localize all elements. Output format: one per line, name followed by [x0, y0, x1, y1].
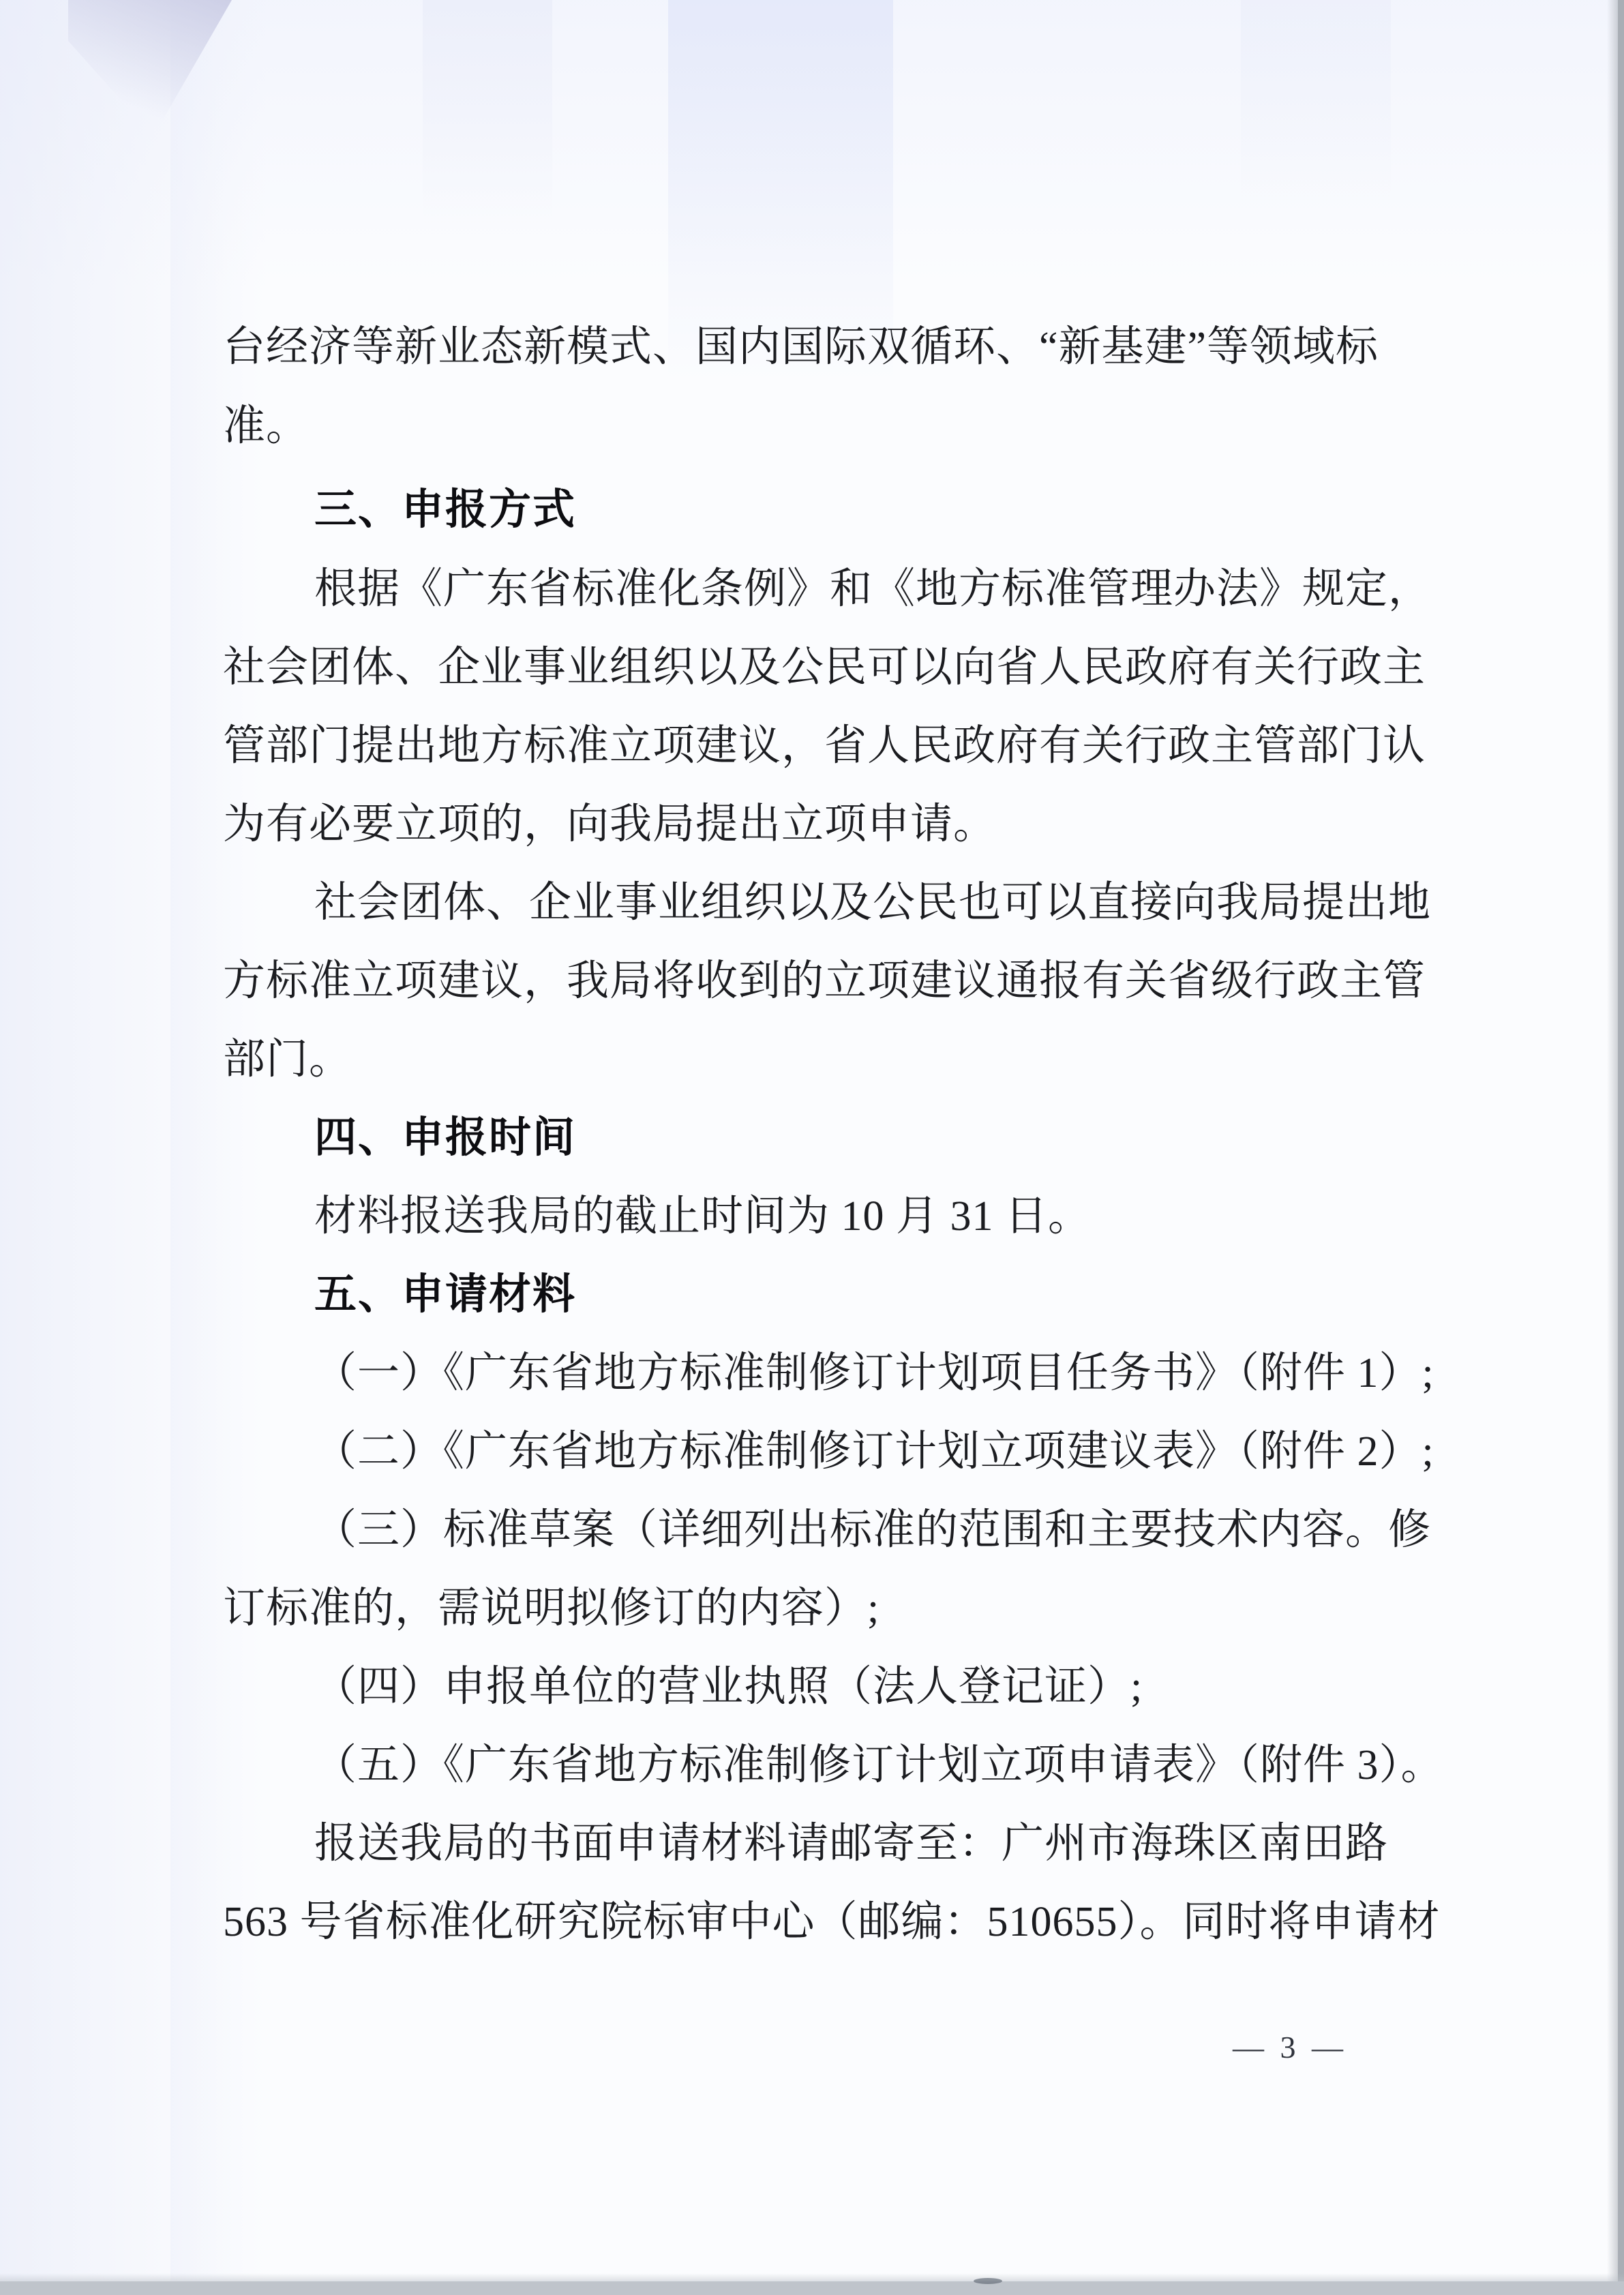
text-line: 订标准的，需说明拟修订的内容）;: [223, 1587, 879, 1630]
text-line: 材料报送我局的截止时间为 10 月 31 日。: [314, 1195, 1091, 1237]
text-line: （五）《广东省地方标准制修订计划立项申请表》（附件 3）。: [314, 1744, 1444, 1786]
text-line: 563 号省标准化研究院标审中心（邮编：510655）。同时将申请材: [223, 1901, 1441, 1943]
text-line: 管部门提出地方标准立项建议，省人民政府有关行政主管部门认: [223, 725, 1426, 767]
page-number: — 3 —: [1233, 2032, 1347, 2063]
text-line: 根据《广东省标准化条例》和《地方标准管理办法》规定，: [314, 568, 1431, 610]
text-line: （三）标准草案（详细列出标准的范围和主要技术内容。修: [314, 1509, 1431, 1551]
section-heading: 四、申报时间: [314, 1117, 576, 1159]
text-line: 方标准立项建议，我局将收到的立项建议通报有关省级行政主管: [223, 960, 1426, 1002]
section-heading: 三、申报方式: [314, 489, 576, 531]
text-line: （二）《广东省地方标准制修订计划立项建议表》（附件 2）;: [314, 1430, 1434, 1473]
text-line: 社会团体、企业事业组织以及公民可以向省人民政府有关行政主: [223, 646, 1426, 689]
text-line: （一）《广东省地方标准制修订计划项目任务书》（附件 1）;: [314, 1352, 1434, 1394]
section-heading: 五、申请材料: [314, 1274, 576, 1316]
text-line: 为有必要立项的，向我局提出立项申请。: [223, 803, 996, 845]
text-line: 台经济等新业态新模式、国内国际双循环、“新基建”等领域标: [223, 326, 1379, 368]
text-line: （四）申报单位的营业执照（法人登记证）;: [314, 1666, 1143, 1708]
text-line: 社会团体、企业事业组织以及公民也可以直接向我局提出地: [314, 882, 1431, 924]
text-line: 报送我局的书面申请材料请邮寄至：广州市海珠区南田路: [314, 1822, 1388, 1865]
document-body: 台经济等新业态新模式、国内国际双循环、“新基建”等领域标准。三、申报方式根据《广…: [0, 0, 1624, 2295]
scanned-document-page: 台经济等新业态新模式、国内国际双循环、“新基建”等领域标准。三、申报方式根据《广…: [0, 0, 1624, 2295]
text-line: 准。: [223, 405, 309, 447]
text-line: 部门。: [223, 1038, 352, 1081]
